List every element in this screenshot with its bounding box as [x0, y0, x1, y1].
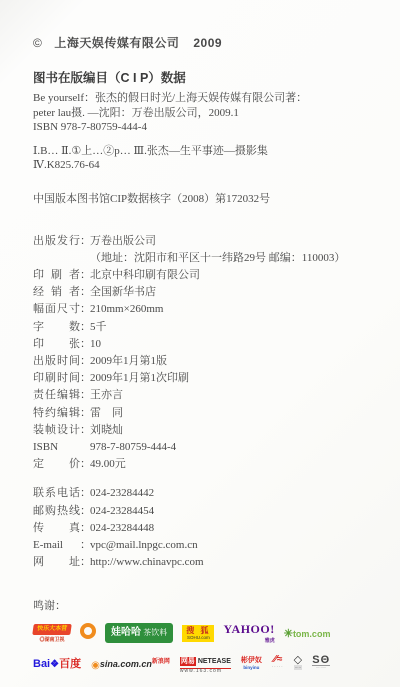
sq-brand-logo: SΘ ········· — [312, 655, 330, 670]
row-sheets: 印张：10 — [33, 336, 372, 353]
row-separator: ： — [80, 456, 90, 473]
row-separator: ： — [80, 485, 90, 502]
row-label: 邮购热线 — [33, 503, 80, 520]
row-value: 雷 同 — [90, 407, 123, 419]
row-separator: ： — [80, 301, 90, 318]
row-publisher: 出版发行：万卷出版公司 — [33, 233, 372, 250]
cip-isbn-line: ISBN 978-7-80759-444-4 — [33, 120, 372, 135]
row-label: 印刷者 — [33, 267, 80, 284]
row-value: 2009年1月第1版 — [90, 355, 167, 367]
sohu-en: SOHU.com — [186, 636, 210, 641]
cip-publisher-line: peter lau摄. —沈阳：万卷出版公司，2009.1 — [33, 106, 372, 121]
row-label: 特约编辑 — [33, 405, 80, 422]
row-value: 北京中科印刷有限公司 — [90, 269, 200, 281]
wahaha-tea-logo: 娃哈哈 茶饮料 — [105, 623, 173, 643]
cip-heading: 图书在版编目（C I P）数据 — [33, 68, 372, 86]
cip-classification-line-1: Ⅰ.B… Ⅱ.①上…②p… Ⅲ.张杰—生平事迹—摄影集 — [33, 144, 372, 159]
cip-record-number: 中国版本图书馆CIP数据核字（2008）第172032号 — [33, 190, 372, 206]
row-dimensions: 幅面尺寸：210mm×260mm — [33, 301, 372, 318]
sina-url: sina.com.cn — [100, 659, 152, 669]
row-separator: ： — [80, 267, 90, 284]
row-word-count: 字数：5千 — [33, 319, 372, 336]
row-label: 出版时间 — [33, 353, 80, 370]
row-separator: ： — [80, 233, 90, 250]
diamond-brand-logo: ◇ ····· — [294, 656, 303, 670]
row-phone: 联系电话：024-23284442 — [33, 485, 372, 502]
row-website: 网址：http://www.chinavpc.com — [33, 554, 372, 571]
row-label: 联系电话 — [33, 485, 80, 502]
row-separator: ： — [80, 319, 90, 336]
row-separator: ： — [80, 336, 90, 353]
row-value: vpc@mail.lnpgc.com.cn — [90, 539, 198, 551]
yahoo-cn: 雅虎 — [223, 637, 274, 644]
row-separator: ： — [80, 284, 90, 301]
row-value: 978-7-80759-444-4 — [90, 441, 176, 453]
diamond-subtext: ····· — [294, 665, 303, 670]
row-price: 定价：49.00元 — [33, 456, 372, 473]
sohu-logo: 搜 狐 SOHU.com — [182, 625, 214, 643]
binyinu-logo: 彬伊奴 binyinu — [241, 655, 262, 670]
row-publisher-address: （地址：沈阳市和平区十一纬路29号 邮编：110003） — [33, 250, 372, 267]
yahoo-wordmark: YAHOO! — [223, 622, 274, 637]
contact-details: 联系电话：024-23284442 邮购热线：024-23284454 传真：0… — [33, 485, 372, 571]
happy-camp-hunan-tv-logo: 快乐大本营 ◎湖南卫视 — [33, 624, 71, 643]
row-responsible-editor: 责任编辑：王亦言 — [33, 387, 372, 404]
sponsor-logos-row-1: 快乐大本营 ◎湖南卫视 娃哈哈 茶饮料 搜 狐 SOHU.com YAHOO! … — [33, 622, 372, 644]
sponsor-logos-row-2: Bai❖百度 ◉sina.com.cn新浪网 网易 NETEASE www.16… — [33, 651, 372, 674]
row-printer: 印刷者：北京中科印刷有限公司 — [33, 267, 372, 284]
copyright-symbol: © — [33, 36, 42, 50]
orange-spiral-logo — [80, 623, 96, 644]
sina-eye-icon: ◉ — [91, 660, 100, 671]
row-label: 印张 — [33, 336, 80, 353]
row-isbn: ISBN978-7-80759-444-4 — [33, 439, 372, 456]
row-separator: ： — [80, 387, 90, 404]
row-separator: ： — [80, 422, 90, 439]
row-label: 字数 — [33, 319, 80, 336]
row-value: 5千 — [90, 321, 107, 333]
row-label: 传真 — [33, 520, 80, 537]
row-value: http://www.chinavpc.com — [90, 556, 204, 568]
spiral-icon — [80, 623, 96, 639]
sina-logo: ◉sina.com.cn新浪网 — [91, 655, 170, 671]
row-separator: ： — [80, 537, 90, 554]
row-value: 刘晓灿 — [90, 424, 123, 436]
row-value: 万卷出版公司 — [90, 235, 156, 247]
row-email: E-mail：vpc@mail.lnpgc.com.cn — [33, 537, 372, 554]
row-label: 幅面尺寸 — [33, 301, 80, 318]
swoosh-subtext: ····· — [272, 664, 284, 669]
row-separator: ： — [80, 554, 90, 571]
netease-en: NETEASE — [196, 658, 231, 665]
copyright-line: ©上海天娱传媒有限公司2009 — [33, 34, 372, 51]
cip-title-line: Be yourself：张杰的假日时光/上海天娱传媒有限公司著： — [33, 91, 372, 106]
book-colophon-page: ©上海天娱传媒有限公司2009 图书在版编目（C I P）数据 Be yours… — [0, 0, 400, 687]
sq-subtext: ········· — [312, 665, 330, 670]
row-value: 10 — [90, 338, 101, 350]
swoosh-icon: ⁄⁄≈ — [272, 656, 284, 664]
binyinu-cn: 彬伊奴 — [241, 655, 262, 665]
baidu-paw-icon: ❖ — [50, 659, 59, 670]
row-value: 024-23284442 — [90, 487, 154, 499]
binyinu-en: binyinu — [241, 665, 262, 670]
row-distributor: 经销者：全国新华书店 — [33, 284, 372, 301]
row-label: 出版发行 — [33, 233, 80, 250]
netease-url: www.163.com — [180, 668, 231, 674]
sohu-cn: 搜 狐 — [186, 627, 210, 635]
row-special-editor: 特约编辑：雷 同 — [33, 405, 372, 422]
publisher-company: 上海天娱传媒有限公司 — [54, 36, 179, 50]
netease-cn: 网易 — [180, 657, 196, 666]
row-value: 024-23284448 — [90, 522, 154, 534]
tom-logo: ✳tom.com — [284, 627, 331, 640]
acknowledgement-label: 鸣谢： — [33, 597, 372, 613]
baidu-logo: Bai❖百度 — [33, 655, 81, 671]
row-label: E-mail — [33, 537, 80, 554]
row-label: 网址 — [33, 554, 80, 571]
netease-logo: 网易 NETEASE www.163.com — [180, 651, 231, 674]
row-separator: ： — [80, 370, 90, 387]
row-value: 2009年1月第1次印刷 — [90, 372, 189, 384]
row-label: 定价 — [33, 456, 80, 473]
wahaha-name: 娃哈哈 — [111, 627, 141, 638]
row-separator: ： — [80, 503, 90, 520]
row-label: 责任编辑 — [33, 387, 80, 404]
row-fax: 传真：024-23284448 — [33, 520, 372, 537]
yahoo-logo: YAHOO! 雅虎 — [223, 622, 274, 644]
baidu-cn: 百度 — [59, 658, 81, 670]
row-value: 49.00元 — [90, 458, 126, 470]
row-value: 024-23284454 — [90, 505, 154, 517]
hunan-tv-label: ◎湖南卫视 — [33, 636, 71, 643]
row-separator: ： — [80, 353, 90, 370]
baidu-bai: Bai — [33, 658, 50, 670]
row-design: 装帧设计：刘晓灿 — [33, 422, 372, 439]
copyright-year: 2009 — [193, 36, 222, 50]
row-print-date: 印刷时间：2009年1月第1次印刷 — [33, 370, 372, 387]
row-separator: ： — [80, 405, 90, 422]
tom-wordmark: tom.com — [293, 629, 331, 639]
row-publication-date: 出版时间：2009年1月第1版 — [33, 353, 372, 370]
row-separator: ： — [80, 520, 90, 537]
row-label: 印刷时间 — [33, 370, 80, 387]
sina-cn: 新浪网 — [152, 659, 170, 665]
row-mail-order-hotline: 邮购热线：024-23284454 — [33, 503, 372, 520]
row-value: 210mm×260mm — [90, 303, 163, 315]
diamond-icon: ◇ — [294, 656, 303, 665]
swoosh-brand-logo: ⁄⁄≈ ····· — [272, 656, 284, 669]
sq-wordmark: SΘ — [312, 655, 330, 665]
cip-block: 图书在版编目（C I P）数据 Be yourself：张杰的假日时光/上海天娱… — [33, 68, 372, 206]
tom-flower-icon: ✳ — [284, 628, 293, 640]
wahaha-suffix: 茶饮料 — [141, 628, 167, 637]
row-value: 全国新华书店 — [90, 286, 156, 298]
row-value: （地址：沈阳市和平区十一纬路29号 邮编：110003） — [90, 252, 345, 264]
cip-classification-line-2: Ⅳ.K825.76-64 — [33, 158, 372, 173]
row-value: 王亦言 — [90, 389, 123, 401]
publication-details: 出版发行：万卷出版公司 （地址：沈阳市和平区十一纬路29号 邮编：110003）… — [33, 233, 372, 474]
happy-camp-banner: 快乐大本营 — [32, 624, 72, 635]
row-label: 经销者 — [33, 284, 80, 301]
row-label: 装帧设计 — [33, 422, 80, 439]
row-label: ISBN — [33, 439, 80, 456]
